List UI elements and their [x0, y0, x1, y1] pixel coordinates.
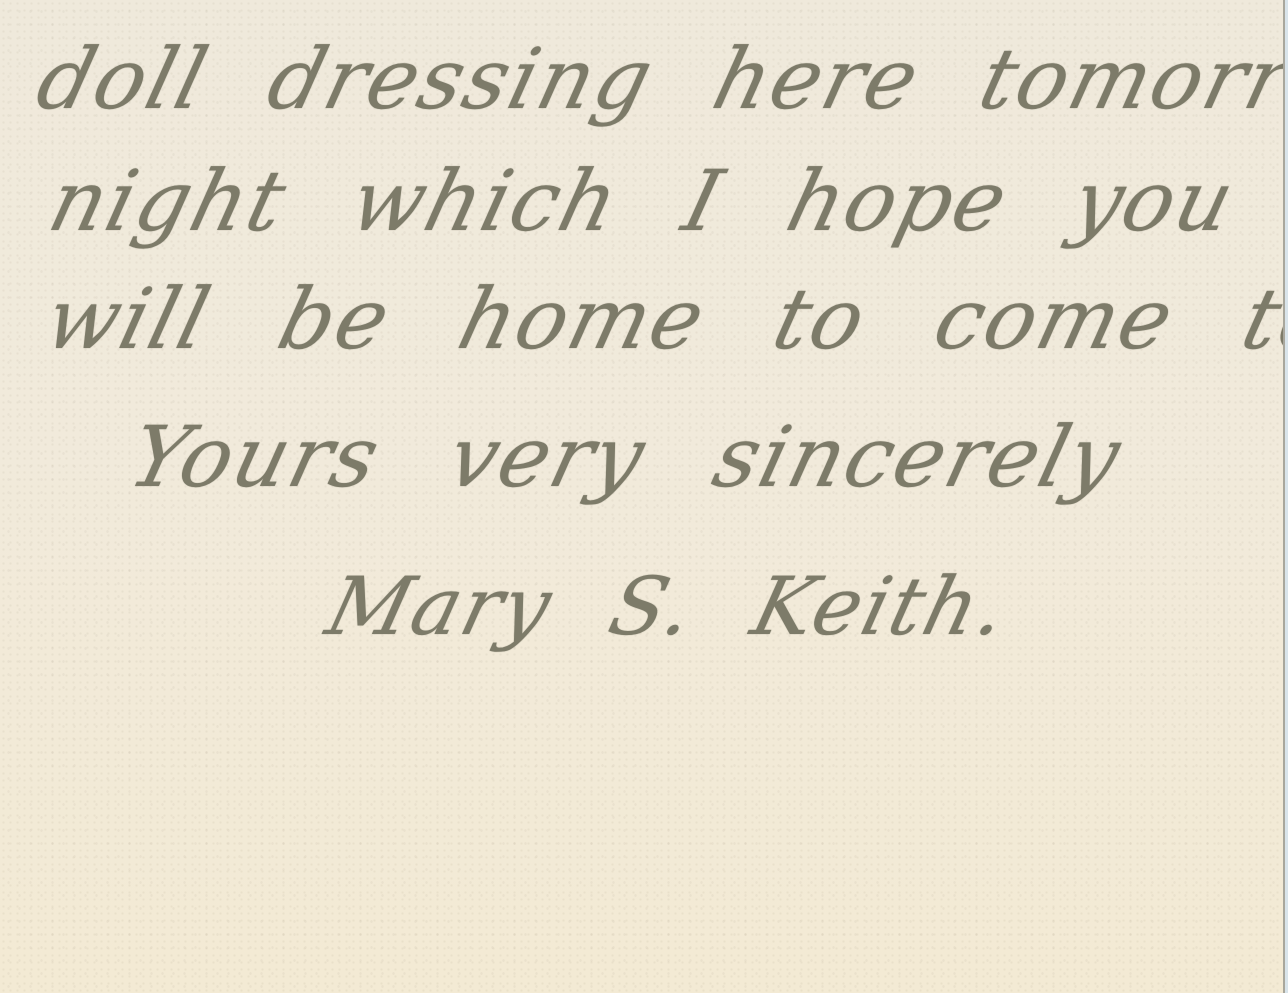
letter-page: doll dressing here tomorrow night which …	[0, 0, 1285, 993]
letter-line-2: night which I hope you	[40, 152, 1245, 250]
letter-line-3: will be home to come to	[36, 270, 1285, 368]
letter-signature: Mary S. Keith.	[318, 560, 1018, 653]
letter-line-1: doll dressing here tomorrow	[28, 30, 1285, 128]
letter-closing: Yours very sincerely	[120, 408, 1132, 506]
